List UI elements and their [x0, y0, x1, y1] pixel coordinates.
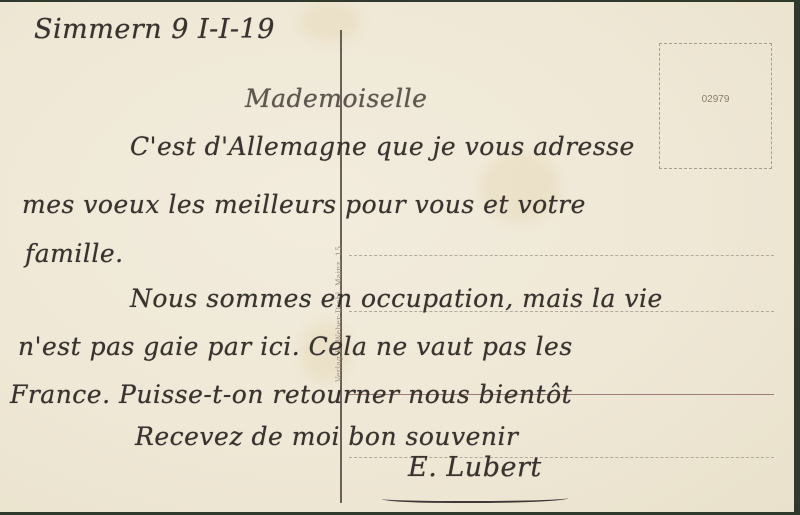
- postcard-back: Verlag K. Weber-Diehl, Mainz. 15 02979 S…: [0, 2, 794, 512]
- address-line-1: [349, 255, 774, 256]
- stamp-box: 02979: [659, 43, 772, 169]
- message-line-1: C'est d'Allemagne que je vous adresse: [130, 132, 635, 161]
- message-line-7: Recevez de moi bon souvenir: [135, 422, 518, 451]
- salutation: Mademoiselle: [245, 84, 427, 113]
- paper-stain: [300, 2, 360, 42]
- dateline: Simmern 9 I-I-19: [34, 14, 275, 45]
- message-line-3: famille.: [25, 239, 124, 268]
- stamp-box-number: 02979: [660, 94, 771, 105]
- message-line-4: Nous sommes en occupation, mais la vie: [130, 284, 663, 313]
- message-line-6: France. Puisse-t-on retourner nous bient…: [10, 380, 572, 409]
- message-line-5: n'est pas gaie par ici. Cela ne vaut pas…: [18, 332, 573, 361]
- publisher-imprint: Verlag K. Weber-Diehl, Mainz. 15: [334, 246, 343, 382]
- signature: E. Lubert: [408, 452, 542, 483]
- message-line-2: mes voeux les meilleurs pour vous et vot…: [22, 190, 586, 219]
- signature-flourish: [382, 493, 568, 503]
